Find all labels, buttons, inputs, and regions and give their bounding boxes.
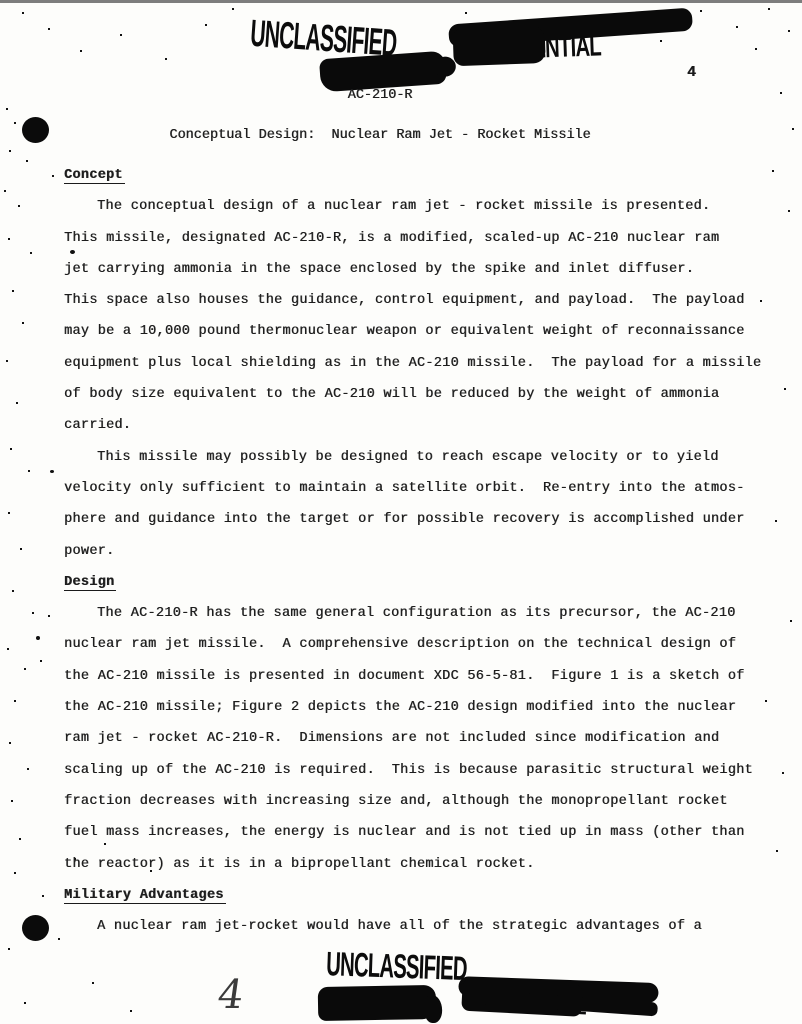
body-line: The AC-210-R has the same general config… — [64, 598, 776, 629]
scan-noise-bottom — [0, 0, 2, 2]
document-body: Concept The conceptual design of a nucle… — [64, 160, 776, 942]
document-id: AC-210-R — [0, 88, 760, 103]
body-line: phere and guidance into the target or fo… — [64, 504, 776, 535]
body-line: ram jet - rocket AC-210-R. Dimensions ar… — [64, 723, 776, 754]
body-line: The conceptual design of a nuclear ram j… — [64, 191, 776, 222]
body-line: jet carrying ammonia in the space enclos… — [64, 254, 776, 285]
scanned-document-page: { "document": { "page_number": "4", "han… — [0, 0, 802, 1024]
body-line: A nuclear ram jet-rocket would have all … — [64, 911, 776, 942]
ink-blot — [50, 470, 54, 473]
redaction-bar-bottom — [318, 985, 437, 1021]
hole-punch-bottom-icon — [22, 915, 49, 941]
handwritten-page-number: 4 — [215, 972, 247, 1018]
body-line: power. — [64, 536, 776, 567]
section-heading-military-advantages: Military Advantages — [64, 880, 776, 911]
page-number: 4 — [687, 64, 696, 81]
body-line: scaling up of the AC-210 is required. Th… — [64, 755, 776, 786]
body-line: the reactor) as it is in a bipropellant … — [64, 849, 776, 880]
body-line: the AC-210 missile is presented in docum… — [64, 661, 776, 692]
body-line: of body size equivalent to the AC-210 wi… — [64, 379, 776, 410]
confidential-stamp-struck-bottom: CONFIDENTIAL — [461, 971, 671, 1024]
body-line: This space also houses the guidance, con… — [64, 285, 776, 316]
body-line: velocity only sufficient to maintain a s… — [64, 473, 776, 504]
confidential-stamp-struck-top: CONFIDENTIAL — [452, 10, 694, 70]
section-heading-design: Design — [64, 567, 776, 598]
body-line: the AC-210 missile; Figure 2 depicts the… — [64, 692, 776, 723]
body-line: fraction decreases with increasing size … — [64, 786, 776, 817]
body-line: This missile, designated AC-210-R, is a … — [64, 223, 776, 254]
ink-blot — [36, 636, 40, 640]
body-line: carried. — [64, 410, 776, 441]
body-line: may be a 10,000 pound thermonuclear weap… — [64, 316, 776, 347]
body-line: equipment plus local shielding as in the… — [64, 348, 776, 379]
section-heading-concept: Concept — [64, 160, 776, 191]
marker-blob — [453, 25, 546, 66]
body-line: nuclear ram jet missile. A comprehensive… — [64, 629, 776, 660]
document-title: Conceptual Design: Nuclear Ram Jet - Roc… — [0, 128, 760, 143]
scan-top-edge — [0, 0, 802, 3]
unclassified-stamp-bottom: UNCLASSIFIED — [326, 944, 468, 989]
body-line: This missile may possibly be designed to… — [64, 442, 776, 473]
body-line: fuel mass increases, the energy is nucle… — [64, 817, 776, 848]
